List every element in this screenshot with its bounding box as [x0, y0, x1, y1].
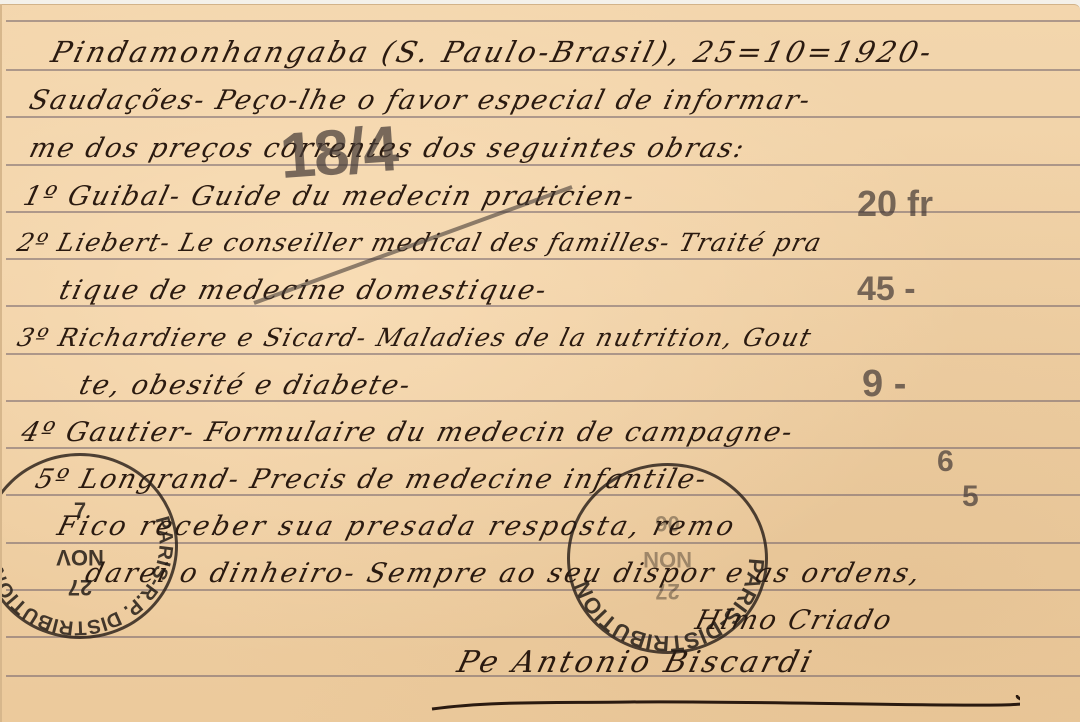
ruled-line	[6, 69, 1080, 71]
ruled-line	[6, 116, 1080, 118]
postmark-stamp: PARIS-R.P. DISTRIBUTION 7 NOV 27	[0, 453, 178, 639]
pencil-strike-mark	[252, 185, 582, 305]
postmark-year: 27	[570, 578, 765, 604]
postmark-ring-text: PARIS-R.P. DISTRIBUTION	[0, 506, 175, 636]
letter-line: darei o dinheiro- Sempre ao seu dispor e…	[82, 558, 925, 589]
pencil-price: 6	[937, 445, 954, 479]
pencil-reference-number: 18/4	[278, 111, 399, 193]
svg-text:PARIS-R.P. DISTRIBUTION: PARIS-R.P. DISTRIBUTION	[0, 506, 175, 636]
postmark-day: 7	[0, 498, 175, 524]
postmark-year: 27	[0, 574, 175, 600]
letter-header: Pindamonhangaba (S. Paulo-Brasil), 25=10…	[48, 35, 938, 69]
pencil-price: 45 -	[857, 270, 916, 309]
postmark-month: NOV	[0, 544, 175, 570]
postmark-day: 06	[570, 510, 765, 536]
postmark-month: NON	[570, 546, 765, 572]
pencil-price: 9 -	[862, 363, 906, 406]
letter-line: 3º Richardiere e Sicard- Maladies de la …	[14, 323, 815, 352]
letter-line: te, obesité e diabete-	[76, 370, 415, 401]
pencil-price: 20 fr	[857, 183, 933, 225]
signature-flourish	[430, 695, 1020, 715]
letter-line: Saudações- Peço-lhe o favor especial de …	[26, 85, 815, 116]
postmark-stamp: PARIS-DISTRIBUTION 06 NON 27	[567, 463, 768, 654]
ruled-line	[6, 20, 1080, 22]
letter-line: 4º Gautier- Formulaire du medecin de cam…	[18, 417, 797, 448]
pencil-price: 5	[962, 480, 979, 514]
ruled-line	[6, 636, 1080, 638]
postcard: Pindamonhangaba (S. Paulo-Brasil), 25=10…	[0, 4, 1080, 721]
ruled-line	[6, 353, 1080, 355]
ruled-line	[6, 164, 1080, 166]
